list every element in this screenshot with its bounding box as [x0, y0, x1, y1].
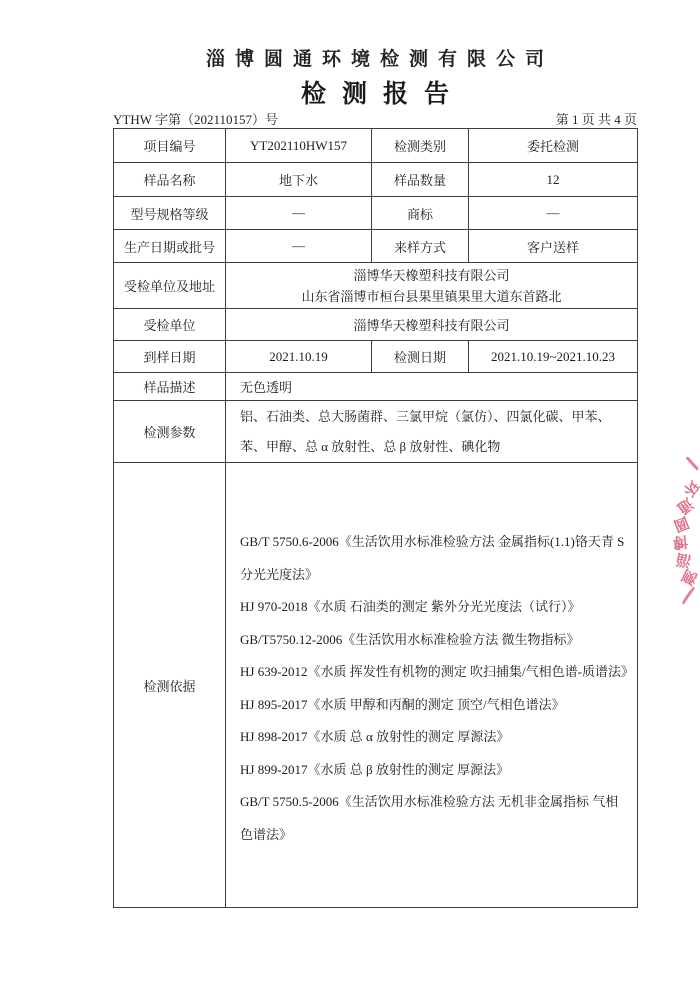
table-row: 样品描述 无色透明 — [114, 373, 638, 401]
value-test-date: 2021.10.19~2021.10.23 — [469, 341, 638, 373]
seal-char: 环 — [679, 476, 700, 501]
value-sample-quantity: 12 — [469, 163, 638, 197]
doc-meta-row: YTHW 字第（202110157）号 第 1 页 共 4 页 — [113, 109, 637, 128]
value-arrival-date: 2021.10.19 — [226, 341, 372, 373]
inspected-unit-name-line: 淄博华天橡塑科技有限公司 — [230, 265, 633, 286]
table-row: 检测依据 GB/T 5750.6-2006《生活饮用水标准检验方法 金属指标(1… — [114, 463, 638, 908]
value-sample-description: 无色透明 — [226, 373, 638, 401]
table-row: 生产日期或批号 — 来样方式 客户送样 — [114, 230, 638, 263]
seal-char: 博 — [672, 531, 689, 553]
value-inspected-unit-address: 淄博华天橡塑科技有限公司 山东省淄博市桓台县果里镇果里大道东首路北 — [226, 263, 638, 309]
basis-item: GB/T5750.12-2006《生活饮用水标准检验方法 微生物指标》 — [240, 624, 631, 657]
label-sampling-method: 来样方式 — [372, 230, 469, 263]
label-sample-quantity: 样品数量 — [372, 163, 469, 197]
label-test-date: 检测日期 — [372, 341, 469, 373]
seal-char: 圆 — [671, 512, 693, 537]
seal-char: 通 — [673, 494, 698, 520]
basis-item: GB/T 5750.5-2006《生活饮用水标准检验方法 无机非金属指标 气相色… — [240, 786, 631, 851]
value-inspected-unit: 淄博华天橡塑科技有限公司 — [226, 309, 638, 341]
table-row: 到样日期 2021.10.19 检测日期 2021.10.19~2021.10.… — [114, 341, 638, 373]
label-test-parameters: 检测参数 — [114, 401, 226, 463]
seal-char: 淄 — [674, 549, 692, 572]
basis-item: HJ 895-2017《水质 甲醇和丙酮的测定 顶空/气相色谱法》 — [240, 689, 631, 722]
label-test-category: 检测类别 — [372, 129, 469, 163]
label-sample-name: 样品名称 — [114, 163, 226, 197]
inspected-unit-address-line: 山东省淄博市桓台县果里镇果里大道东首路北 — [230, 286, 633, 307]
table-row: 型号规格等级 — 商标 — — [114, 197, 638, 230]
report-page: 淄博圆通环境检测有限公司 检测报告 YTHW 字第（202110157）号 第 … — [0, 0, 700, 990]
doc-number: YTHW 字第（202110157）号 — [113, 109, 278, 128]
report-table: 项目编号 YT202110HW157 检测类别 委托检测 样品名称 地下水 样品… — [113, 128, 638, 908]
table-row: 样品名称 地下水 样品数量 12 — [114, 163, 638, 197]
basis-item: HJ 639-2012《水质 挥发性有机物的测定 吹扫捕集/气相色谱-质谱法》 — [240, 656, 631, 689]
label-arrival-date: 到样日期 — [114, 341, 226, 373]
page-number: 第 1 页 共 4 页 — [556, 109, 637, 128]
basis-item: GB/T 5750.6-2006《生活饮用水标准检验方法 金属指标(1.1)铬天… — [240, 526, 631, 591]
table-row: 项目编号 YT202110HW157 检测类别 委托检测 — [114, 129, 638, 163]
value-sampling-method: 客户送样 — [469, 230, 638, 263]
label-inspected-unit-address: 受检单位及地址 — [114, 263, 226, 309]
label-model-spec: 型号规格等级 — [114, 197, 226, 230]
label-sample-description: 样品描述 — [114, 373, 226, 401]
seal-char: 测 — [678, 565, 700, 590]
red-seal-fragment: 环 通 圆 博 淄 测 — [658, 448, 700, 616]
value-production-date: — — [226, 230, 372, 263]
value-trademark: — — [469, 197, 638, 230]
basis-item: HJ 898-2017《水质 总 α 放射性的测定 厚源法》 — [240, 721, 631, 754]
seal-arc-stroke — [681, 586, 695, 604]
basis-item: HJ 899-2017《水质 总 β 放射性的测定 厚源法》 — [240, 754, 631, 787]
value-project-number: YT202110HW157 — [226, 129, 372, 163]
company-name: 淄博圆通环境检测有限公司 — [113, 44, 637, 71]
value-sample-name: 地下水 — [226, 163, 372, 197]
value-test-parameters: 铝、石油类、总大肠菌群、三氯甲烷（氯仿）、四氯化碳、甲苯、苯、甲醇、总 α 放射… — [226, 401, 638, 463]
basis-item: HJ 970-2018《水质 石油类的测定 紫外分光光度法（试行）》 — [240, 591, 631, 624]
report-title: 检测报告 — [113, 74, 637, 110]
label-inspected-unit: 受检单位 — [114, 309, 226, 341]
value-test-category: 委托检测 — [469, 129, 638, 163]
label-test-basis: 检测依据 — [114, 463, 226, 908]
table-row: 检测参数 铝、石油类、总大肠菌群、三氯甲烷（氯仿）、四氯化碳、甲苯、苯、甲醇、总… — [114, 401, 638, 463]
value-test-basis: GB/T 5750.6-2006《生活饮用水标准检验方法 金属指标(1.1)铬天… — [226, 463, 638, 908]
label-trademark: 商标 — [372, 197, 469, 230]
table-row: 受检单位及地址 淄博华天橡塑科技有限公司 山东省淄博市桓台县果里镇果里大道东首路… — [114, 263, 638, 309]
value-model-spec: — — [226, 197, 372, 230]
table-row: 受检单位 淄博华天橡塑科技有限公司 — [114, 309, 638, 341]
seal-arc-stroke — [686, 456, 699, 470]
label-production-date: 生产日期或批号 — [114, 230, 226, 263]
label-project-number: 项目编号 — [114, 129, 226, 163]
